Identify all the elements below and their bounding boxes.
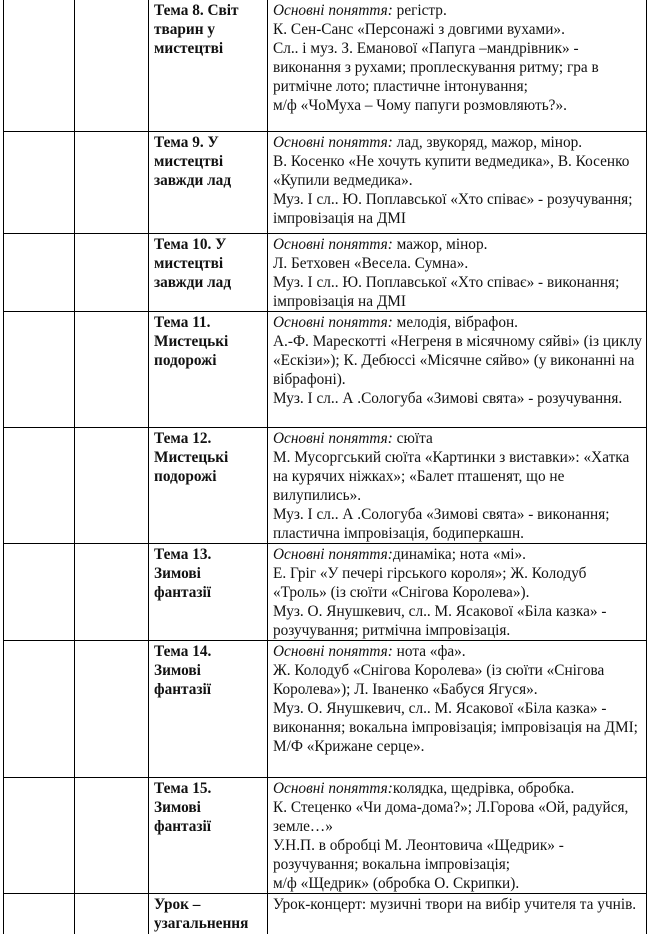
empty-cell-number — [4, 641, 75, 778]
content-line: Муз. О. Янушкевич, сл.. М. Ясакової «Біл… — [273, 699, 642, 737]
topic-title: Тема 12. Мистецькі подорожі — [154, 430, 228, 485]
content-line: м/ф «ЧоМуха – Чому папуги розмовляють?». — [273, 96, 642, 115]
content-line: Муз. І сл.. А .Сологуба «Зимові свята» -… — [273, 505, 642, 543]
content-line: В. Косенко «Не хочуть купити ведмедика»,… — [273, 152, 642, 190]
empty-cell-number — [4, 312, 75, 428]
key-concepts-value: регістр. — [393, 2, 447, 19]
content-line: М. Мусоргський сюїта «Картинки з виставк… — [273, 448, 642, 505]
topic-title: Тема 10. У мистецтві завжди лад — [154, 236, 231, 291]
empty-cell-date — [75, 0, 149, 132]
content-line: У.Н.П. в обробці М. Леонтовича «Щедрик» … — [273, 836, 642, 874]
key-concepts: Основні поняття: нота «фа». — [273, 642, 642, 661]
empty-cell-date — [75, 778, 149, 894]
key-concepts-label: Основні поняття: — [273, 546, 393, 563]
content-cell: Основні поняття:колядка, щедрівка, оброб… — [268, 778, 647, 894]
content-line: Е. Гріг «У печері гірського короля»; Ж. … — [273, 564, 642, 602]
empty-cell-date — [75, 641, 149, 778]
topic-cell: Тема 8. Світ тварин у мистецтві — [149, 0, 268, 132]
content-line: Ж. Колодуб «Снігова Королева» (із сюїти … — [273, 661, 642, 699]
content-cell: Основні поняття: лад, звукоряд, мажор, м… — [268, 132, 647, 234]
content-line: К. Стеценко «Чи дома-дома?»; Л.Горова «О… — [273, 798, 642, 836]
empty-cell-date — [75, 544, 149, 641]
table-row: Тема 9. У мистецтві завжди лад Основні п… — [4, 132, 647, 234]
topic-cell: Тема 11. Мистецькі подорожі — [149, 312, 268, 428]
content-cell: Основні поняття: регістр. К. Сен-Санс «П… — [268, 0, 647, 132]
content-cell: Основні поняття: сюїта М. Мусоргський сю… — [268, 428, 647, 544]
table-row: Тема 11. Мистецькі подорожі Основні поня… — [4, 312, 647, 428]
content-cell: Урок-концерт: музичні твори на вибір учи… — [268, 894, 647, 934]
topic-cell: Тема 14. Зимові фантазії — [149, 641, 268, 778]
content-line: М/Ф «Крижане серце». — [273, 737, 642, 756]
empty-cell-number — [4, 234, 75, 312]
topic-title: Тема 9. У мистецтві завжди лад — [154, 134, 231, 189]
content-line: К. Сен-Санс «Персонажі з довгими вухами»… — [273, 20, 642, 39]
content-line: м/ф «Щедрик» (обробка О. Скрипки). — [273, 874, 642, 893]
key-concepts-label: Основні поняття: — [273, 643, 393, 660]
empty-cell-date — [75, 894, 149, 934]
content-cell: Основні поняття: мажор, мінор. Л. Бетхов… — [268, 234, 647, 312]
lesson-plan-table: Тема 8. Світ тварин у мистецтві Основні … — [3, 0, 647, 934]
topic-title: Тема 15. Зимові фантазії — [154, 780, 211, 835]
key-concepts: Основні поняття: мелодія, вібрафон. — [273, 313, 642, 332]
content-line: А.-Ф. Марескотті «Негреня в місячному ся… — [273, 332, 642, 389]
table-row: Тема 13. Зимові фантазії Основні поняття… — [4, 544, 647, 641]
key-concepts-value: сюїта — [393, 430, 433, 447]
empty-cell-date — [75, 312, 149, 428]
table-row: Тема 8. Світ тварин у мистецтві Основні … — [4, 0, 647, 132]
topic-title: Тема 11. Мистецькі подорожі — [154, 314, 228, 369]
key-concepts-label: Основні поняття: — [273, 314, 393, 331]
empty-cell-number — [4, 428, 75, 544]
key-concepts-label: Основні поняття: — [273, 430, 393, 447]
content-line: Л. Бетховен «Весела. Сумна». — [273, 254, 642, 273]
table-body: Тема 8. Світ тварин у мистецтві Основні … — [4, 0, 647, 934]
topic-cell: Тема 9. У мистецтві завжди лад — [149, 132, 268, 234]
key-concepts-value: нота «фа». — [393, 643, 466, 660]
empty-cell-number — [4, 544, 75, 641]
key-concepts-label: Основні поняття: — [273, 2, 393, 19]
key-concepts: Основні поняття: лад, звукоряд, мажор, м… — [273, 133, 642, 152]
empty-cell-number — [4, 778, 75, 894]
key-concepts-label: Основні поняття: — [273, 236, 393, 253]
topic-title: Тема 14. Зимові фантазії — [154, 643, 211, 698]
table-row: Тема 10. У мистецтві завжди лад Основні … — [4, 234, 647, 312]
empty-cell-number — [4, 894, 75, 934]
key-concepts-value: мелодія, вібрафон. — [393, 314, 518, 331]
table-row: Тема 14. Зимові фантазії Основні поняття… — [4, 641, 647, 778]
empty-cell-date — [75, 234, 149, 312]
content-line: Урок-концерт: музичні твори на вибір учи… — [273, 895, 642, 914]
topic-title: Тема 13. Зимові фантазії — [154, 546, 211, 601]
key-concepts: Основні поняття: регістр. — [273, 1, 642, 20]
table-row: Тема 12. Мистецькі подорожі Основні поня… — [4, 428, 647, 544]
topic-title: Урок – узагальнення — [154, 896, 248, 932]
key-concepts: Основні поняття: мажор, мінор. — [273, 235, 642, 254]
key-concepts-label: Основні поняття: — [273, 134, 393, 151]
empty-cell-number — [4, 0, 75, 132]
topic-cell: Урок – узагальнення — [149, 894, 268, 934]
empty-cell-number — [4, 132, 75, 234]
key-concepts: Основні поняття:динаміка; нота «мі». — [273, 545, 642, 564]
key-concepts-value: лад, звукоряд, мажор, мінор. — [393, 134, 582, 151]
content-line: Муз. І сл.. Ю. Поплавської «Хто співає» … — [273, 190, 642, 228]
content-cell: Основні поняття: мелодія, вібрафон. А.-Ф… — [268, 312, 647, 428]
content-line: Муз. О. Янушкевич, сл.. М. Ясакової «Біл… — [273, 602, 642, 640]
topic-cell: Тема 10. У мистецтві завжди лад — [149, 234, 268, 312]
topic-cell: Тема 13. Зимові фантазії — [149, 544, 268, 641]
key-concepts: Основні поняття: сюїта — [273, 429, 642, 448]
table-row: Тема 15. Зимові фантазії Основні поняття… — [4, 778, 647, 894]
topic-cell: Тема 12. Мистецькі подорожі — [149, 428, 268, 544]
content-line: Сл.. і муз. З. Еманової «Папуга –мандрів… — [273, 39, 642, 96]
key-concepts-value: колядка, щедрівка, обробка. — [393, 780, 574, 797]
content-cell: Основні поняття:динаміка; нота «мі». Е. … — [268, 544, 647, 641]
key-concepts-value: мажор, мінор. — [393, 236, 488, 253]
topic-title: Тема 8. Світ тварин у мистецтві — [154, 2, 239, 57]
topic-cell: Тема 15. Зимові фантазії — [149, 778, 268, 894]
key-concepts-label: Основні поняття: — [273, 780, 393, 797]
empty-cell-date — [75, 132, 149, 234]
key-concepts: Основні поняття:колядка, щедрівка, оброб… — [273, 779, 642, 798]
content-cell: Основні поняття: нота «фа». Ж. Колодуб «… — [268, 641, 647, 778]
key-concepts-value: динаміка; нота «мі». — [393, 546, 526, 563]
content-line: Муз. І сл.. Ю. Поплавської «Хто співає» … — [273, 273, 642, 311]
table-row: Урок – узагальнення Урок-концерт: музичн… — [4, 894, 647, 934]
content-line: Муз. І сл.. А .Сологуба «Зимові свята» -… — [273, 389, 642, 408]
empty-cell-date — [75, 428, 149, 544]
